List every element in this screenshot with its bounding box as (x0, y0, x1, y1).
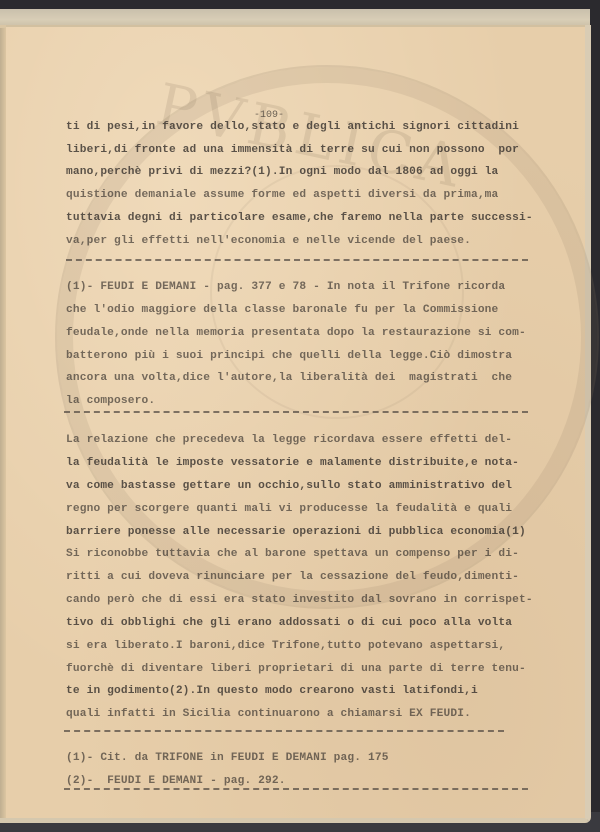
page-left-binding-edge (0, 28, 6, 818)
text-line: Si riconobbe tuttavia che al barone spet… (66, 547, 519, 561)
text-line: ti di pesi,in favore dello,stato e degli… (66, 120, 519, 134)
text-line: va come bastasse gettare un occhio,sullo… (66, 479, 512, 493)
text-line: la feudalità le imposte vessatorie e mal… (66, 456, 519, 470)
text-line: La relazione che precedeva la legge rico… (66, 433, 512, 447)
text-line: tivo di obblighi che gli erano addossati… (66, 616, 512, 630)
text-line: quistione demaniale assume forme ed aspe… (66, 188, 498, 202)
text-line: quali infatti in Sicilia continuarono a … (66, 707, 471, 721)
stamp-watermark-text: PVBLICA (151, 70, 472, 202)
text-line: liberi,di fronte ad una immensità di ter… (66, 143, 519, 157)
footnote-line: che l'odio maggiore della classe baronal… (66, 303, 498, 317)
text-line: tuttavia degni di particolare esame,che … (66, 211, 533, 225)
footnote-line: (2)- FEUDI E DEMANI - pag. 292. (66, 774, 286, 788)
text-line: cando però che di essi era stato investi… (66, 593, 533, 607)
text-line: si era liberato.I baroni,dice Trifone,tu… (66, 639, 505, 653)
text-line: fuorchè di diventare liberi proprietari … (66, 662, 526, 676)
footnote-line: la composero. (66, 394, 155, 408)
dashed-separator (66, 259, 528, 261)
dashed-separator (64, 730, 504, 732)
text-line: va,per gli effetti nell'economia e nelle… (66, 234, 471, 248)
footnote-line: (1)- Cit. da TRIFONE in FEUDI E DEMANI p… (66, 751, 389, 765)
text-line: regno per scorgere quanti mali vi produc… (66, 502, 512, 516)
document-page: PVBLICA -109- ti di pesi,in favore dello… (0, 25, 591, 823)
dashed-separator (64, 411, 528, 413)
text-line: te in godimento(2).In questo modo crearo… (66, 684, 478, 698)
text-line: ritti a cui doveva rinunciare per la ces… (66, 570, 519, 584)
text-line: barriere ponesse alle necessarie operazi… (66, 525, 526, 539)
footnote-line: (1)- FEUDI E DEMANI - pag. 377 e 78 - In… (66, 280, 505, 294)
dashed-separator (64, 788, 528, 790)
footnote-line: feudale,onde nella memoria presentata do… (66, 326, 526, 340)
footnote-line: ancora una volta,dice l'autore,la libera… (66, 371, 512, 385)
footnote-line: batterono più i suoi principi che quelli… (66, 349, 512, 363)
text-line: mano,perchè privi di mezzi?(1).In ogni m… (66, 165, 498, 179)
